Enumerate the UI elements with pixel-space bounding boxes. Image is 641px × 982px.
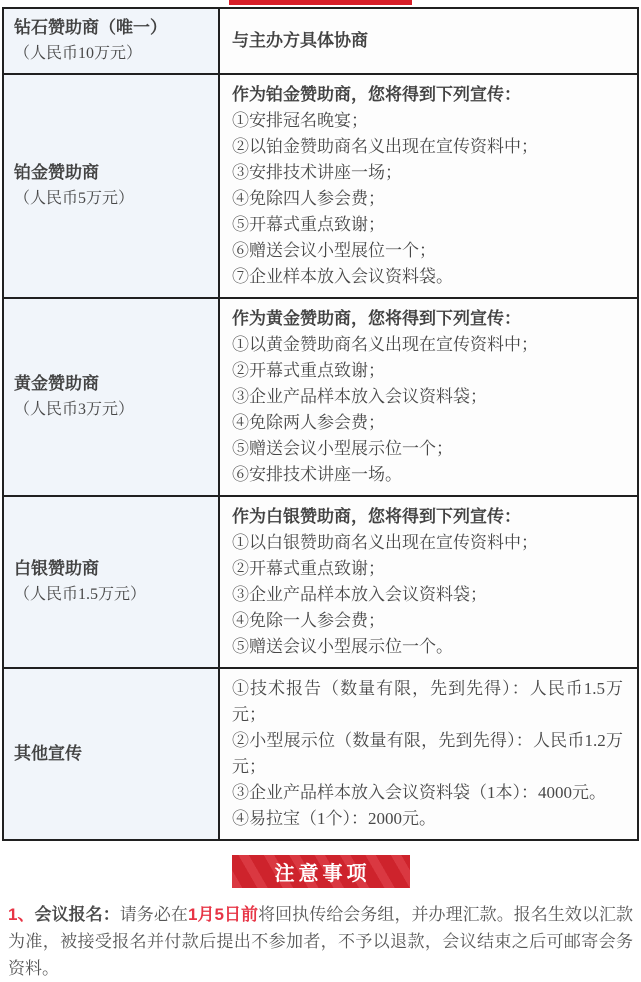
tier-name: 其他宣传 bbox=[14, 741, 210, 767]
benefit-item: ②以铂金赞助商名义出现在宣传资料中； bbox=[232, 134, 623, 160]
tier-name: 铂金赞助商 bbox=[14, 160, 210, 186]
benefit-item: ④免除两人参会费； bbox=[232, 410, 623, 436]
notes-paragraph: 1、会议报名：请务必在1月5日前将回执传给会务组，并办理汇款。报名生效以汇款为准… bbox=[8, 901, 633, 982]
notice-banner: 注意事项 bbox=[232, 855, 410, 888]
table-row-diamond: 钻石赞助商（唯一） （人民币10万元） 与主办方具体协商 bbox=[3, 8, 638, 74]
tier-price: （人民币1.5万元） bbox=[14, 582, 210, 608]
tier-cell-other: 其他宣传 bbox=[3, 668, 219, 840]
benefit-item: ③企业产品样本放入会议资料袋； bbox=[232, 384, 623, 410]
table-row-platinum: 铂金赞助商 （人民币5万元） 作为铂金赞助商，您将得到下列宣传： ①安排冠名晚宴… bbox=[3, 74, 638, 298]
benefit-item: ③企业产品样本放入会议资料袋； bbox=[232, 582, 623, 608]
detail-header: 作为黄金赞助商，您将得到下列宣传： bbox=[232, 306, 623, 332]
detail-cell-diamond: 与主办方具体协商 bbox=[219, 8, 638, 74]
benefit-item: ①技术报告（数量有限，先到先得）：人民币1.5万元； bbox=[232, 676, 623, 728]
sponsorship-table: 钻石赞助商（唯一） （人民币10万元） 与主办方具体协商 铂金赞助商 （人民币5… bbox=[2, 7, 639, 841]
benefit-item: ②开幕式重点致谢； bbox=[232, 358, 623, 384]
detail-header: 作为白银赞助商，您将得到下列宣传： bbox=[232, 504, 623, 530]
benefit-item: ⑤赠送会议小型展示位一个； bbox=[232, 436, 623, 462]
notice-banner-label: 注意事项 bbox=[271, 857, 371, 886]
benefit-item: ⑤赠送会议小型展示位一个。 bbox=[232, 634, 623, 660]
benefit-item: ②小型展示位（数量有限，先到先得）：人民币1.2万元； bbox=[232, 728, 623, 780]
benefit-item: ②开幕式重点致谢； bbox=[232, 556, 623, 582]
tier-price: （人民币3万元） bbox=[14, 397, 210, 423]
table-row-other: 其他宣传 ①技术报告（数量有限，先到先得）：人民币1.5万元； ②小型展示位（数… bbox=[3, 668, 638, 840]
tier-cell-diamond: 钻石赞助商（唯一） （人民币10万元） bbox=[3, 8, 219, 74]
benefit-item: ③安排技术讲座一场； bbox=[232, 160, 623, 186]
sponsorship-table-body: 钻石赞助商（唯一） （人民币10万元） 与主办方具体协商 铂金赞助商 （人民币5… bbox=[3, 8, 638, 840]
benefit-item: ①安排冠名晚宴； bbox=[232, 108, 623, 134]
tier-price: （人民币5万元） bbox=[14, 186, 210, 212]
benefit-item: ①以黄金赞助商名义出现在宣传资料中； bbox=[232, 332, 623, 358]
detail-header: 作为铂金赞助商，您将得到下列宣传： bbox=[232, 82, 623, 108]
tier-name: 黄金赞助商 bbox=[14, 371, 210, 397]
table-row-gold: 黄金赞助商 （人民币3万元） 作为黄金赞助商，您将得到下列宣传： ①以黄金赞助商… bbox=[3, 298, 638, 496]
tier-name: 白银赞助商 bbox=[14, 556, 210, 582]
page: 钻石赞助商（唯一） （人民币10万元） 与主办方具体协商 铂金赞助商 （人民币5… bbox=[0, 0, 641, 982]
tier-cell-platinum: 铂金赞助商 （人民币5万元） bbox=[3, 74, 219, 298]
benefit-item: ③企业产品样本放入会议资料袋（1本）：4000元。 bbox=[232, 780, 623, 806]
benefit-item: ④免除一人参会费； bbox=[232, 608, 623, 634]
detail-cell-gold: 作为黄金赞助商，您将得到下列宣传： ①以黄金赞助商名义出现在宣传资料中； ②开幕… bbox=[219, 298, 638, 496]
tier-price: （人民币10万元） bbox=[14, 41, 210, 67]
benefit-item: ④免除四人参会费； bbox=[232, 186, 623, 212]
detail-cell-other: ①技术报告（数量有限，先到先得）：人民币1.5万元； ②小型展示位（数量有限，先… bbox=[219, 668, 638, 840]
detail-cell-platinum: 作为铂金赞助商，您将得到下列宣传： ①安排冠名晚宴； ②以铂金赞助商名义出现在宣… bbox=[219, 74, 638, 298]
note-number: 1、 bbox=[8, 905, 35, 924]
benefit-item: ⑥安排技术讲座一场。 bbox=[232, 462, 623, 488]
benefit-item: ⑥赠送会议小型展位一个； bbox=[232, 238, 623, 264]
note-text-pre: 请务必在 bbox=[120, 905, 188, 924]
tier-cell-gold: 黄金赞助商 （人民币3万元） bbox=[3, 298, 219, 496]
detail-header: 与主办方具体协商 bbox=[232, 28, 623, 54]
note-deadline-highlight: 1月5日前 bbox=[188, 905, 258, 924]
benefit-item: ①以白银赞助商名义出现在宣传资料中； bbox=[232, 530, 623, 556]
benefit-item: ④易拉宝（1个）：2000元。 bbox=[232, 806, 623, 832]
detail-cell-silver: 作为白银赞助商，您将得到下列宣传： ①以白银赞助商名义出现在宣传资料中； ②开幕… bbox=[219, 496, 638, 668]
benefit-item: ⑦企业样本放入会议资料袋。 bbox=[232, 264, 623, 290]
tier-name: 钻石赞助商（唯一） bbox=[14, 15, 210, 41]
benefit-item: ⑤开幕式重点致谢； bbox=[232, 212, 623, 238]
note-lead-label: 会议报名： bbox=[35, 905, 120, 924]
table-row-silver: 白银赞助商 （人民币1.5万元） 作为白银赞助商，您将得到下列宣传： ①以白银赞… bbox=[3, 496, 638, 668]
top-banner-remnant bbox=[229, 0, 412, 5]
tier-cell-silver: 白银赞助商 （人民币1.5万元） bbox=[3, 496, 219, 668]
